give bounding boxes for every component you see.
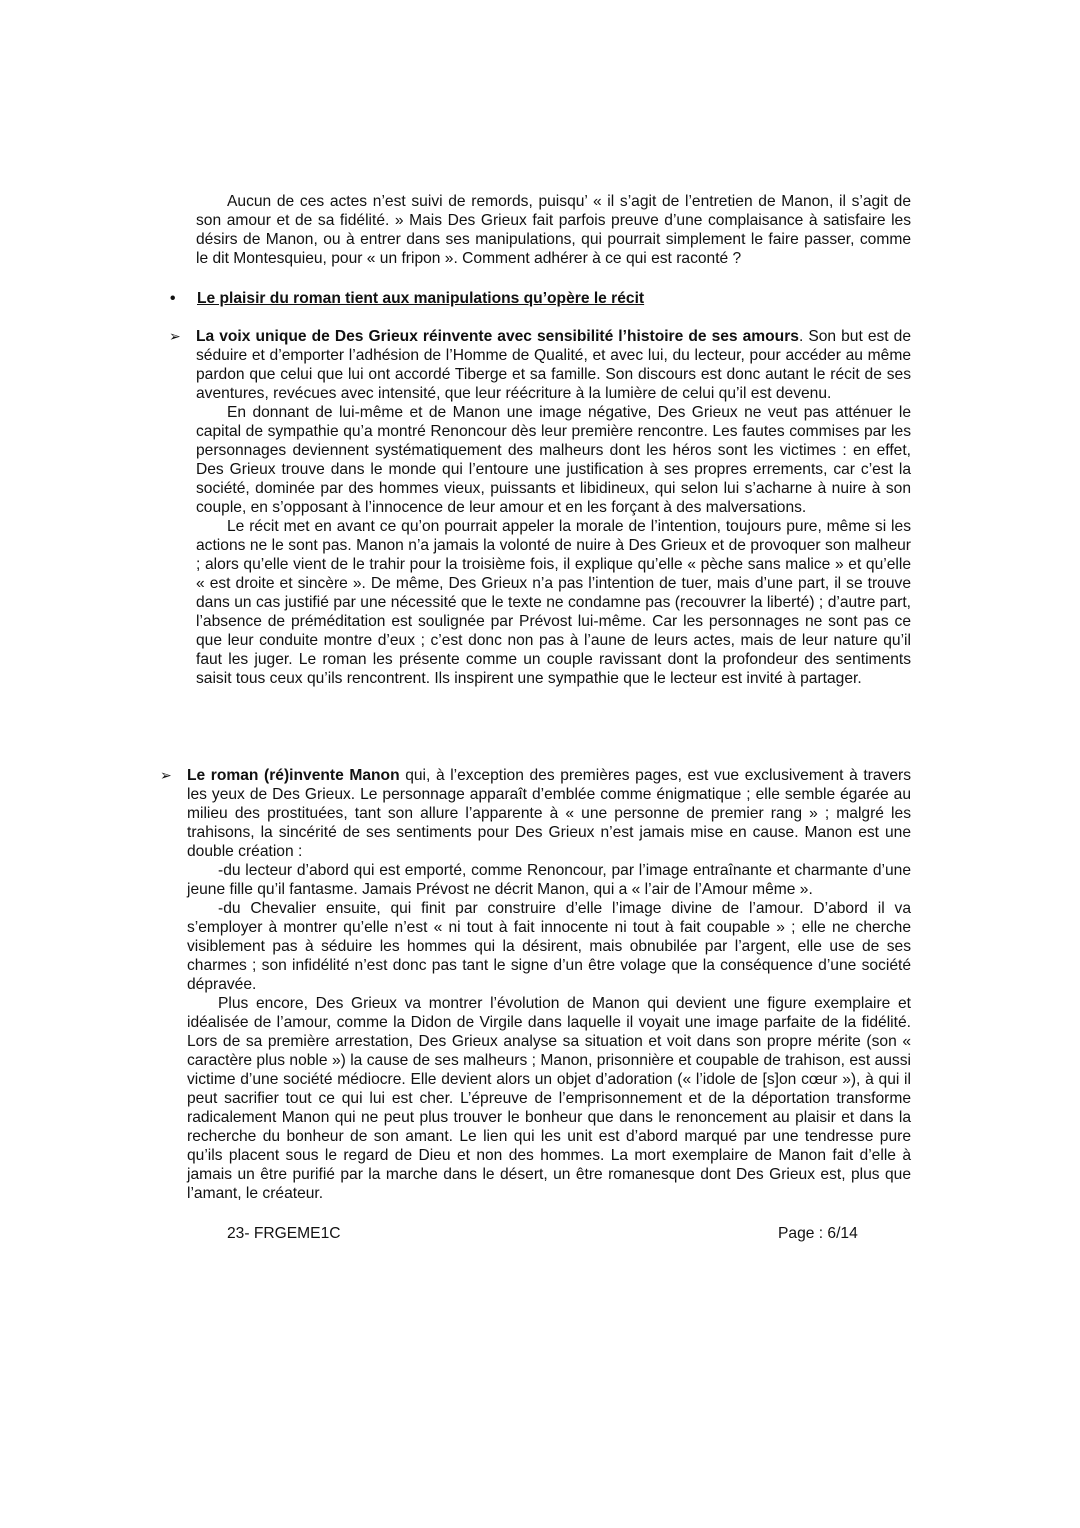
point1-paragraph: En donnant de lui-même et de Manon une i… <box>196 403 911 517</box>
arrow-bullet-icon: ➢ <box>160 766 172 785</box>
point2-paragraph: -du Chevalier ensuite, qui finit par con… <box>187 899 911 994</box>
point2-paragraph: Plus encore, Des Grieux va montrer l’évo… <box>187 994 911 1203</box>
point-reinvents-manon: ➢ Le roman (ré)invente Manon qui, à l’ex… <box>187 766 911 1203</box>
arrow-bullet-icon: ➢ <box>169 327 181 346</box>
footer-page-number: Page : 6/14 <box>778 1225 858 1243</box>
section-heading: •Le plaisir du roman tient aux manipulat… <box>170 289 644 308</box>
bullet-icon: • <box>170 289 197 308</box>
point1-paragraph: Le récit met en avant ce qu’on pourrait … <box>196 517 911 688</box>
intro-block: Aucun de ces actes n’est suivi de remord… <box>196 192 911 268</box>
point1-bold-lead: La voix unique de Des Grieux réinvente a… <box>196 328 799 345</box>
point2-lead-paragraph: Le roman (ré)invente Manon qui, à l’exce… <box>187 766 911 861</box>
intro-paragraph: Aucun de ces actes n’est suivi de remord… <box>196 192 911 268</box>
point-voice-of-des-grieux: ➢ La voix unique de Des Grieux réinvente… <box>196 327 911 688</box>
document-page: Aucun de ces actes n’est suivi de remord… <box>0 0 1080 1528</box>
footer-code: 23- FRGEME1C <box>227 1225 341 1243</box>
point2-bold-lead: Le roman (ré)invente Manon <box>187 767 400 784</box>
section-heading-text: Le plaisir du roman tient aux manipulati… <box>197 290 644 307</box>
point1-lead-paragraph: La voix unique de Des Grieux réinvente a… <box>196 327 911 403</box>
point2-paragraph: -du lecteur d’abord qui est emporté, com… <box>187 861 911 899</box>
